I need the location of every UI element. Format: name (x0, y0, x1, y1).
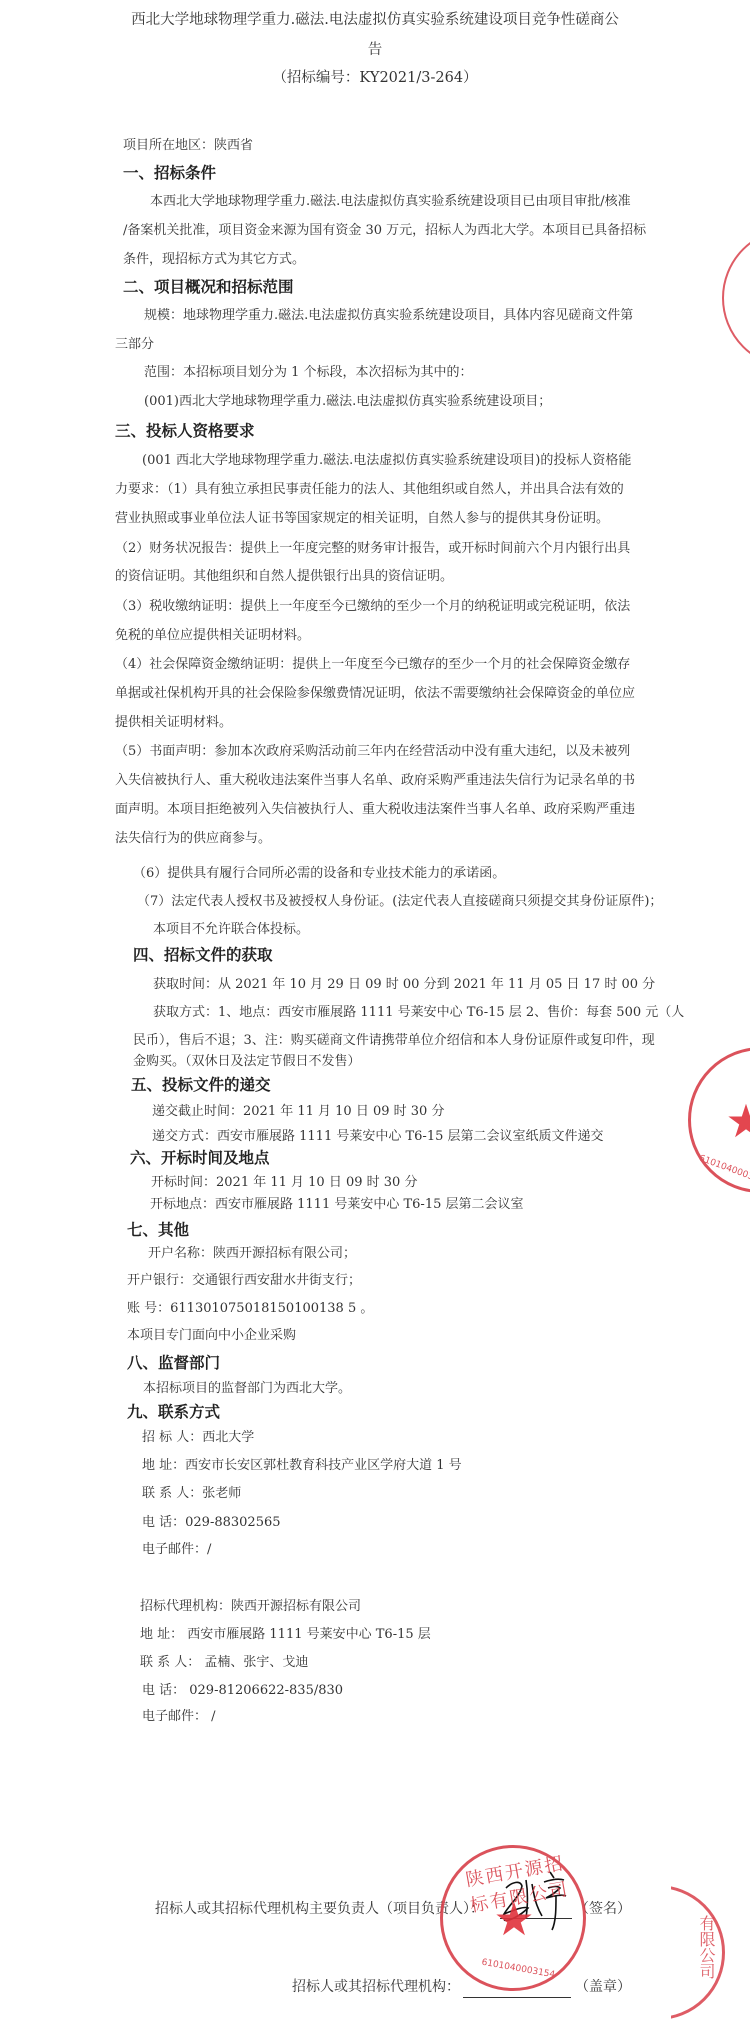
paragraph-line: 开户名称：陕西开源招标有限公司； (148, 1245, 356, 1263)
section-heading-2: 二、项目概况和招标范围 (123, 277, 294, 297)
project-region: 项目所在地区：陕西省 (123, 137, 253, 155)
paragraph-line: 的资信证明。其他组织和自然人提供银行出具的资信证明。 (115, 568, 453, 586)
paragraph-line: （4）社会保障资金缴纳证明：提供上一年度至今已缴存的至少一个月的社会保障资金缴存 (115, 656, 630, 674)
partial-company-stamp-middle: ★ 6101040003154 (688, 1047, 750, 1193)
paragraph-line: 递交方式：西安市雁展路 1111 号莱安中心 T6-15 层第二会议室纸质文件递… (152, 1128, 604, 1146)
paragraph-line: /备案机关批准，项目资金来源为国有资金 30 万元，招标人为西北大学。本项目已具… (123, 222, 646, 240)
seal-label: 招标人或其招标代理机构： (292, 1978, 460, 1996)
paragraph-line: (001 西北大学地球物理学重力.磁法.电法虚拟仿真实验系统建设项目)的投标人资… (142, 452, 631, 470)
paragraph-line: 民币），售后不退；3、注：购买磋商文件请携带单位介绍信和本人身份证原件或复印件，… (133, 1032, 655, 1050)
responsible-person-label: 招标人或其招标代理机构主要负责人（项目负责人）： (155, 1900, 484, 1918)
seal-suffix: （盖章） (575, 1978, 631, 1996)
paragraph-line: 免税的单位应提供相关证明材料。 (115, 627, 310, 645)
section-heading-4: 四、招标文件的获取 (133, 945, 273, 965)
paragraph-line: 条件，现招标方式为其它方式。 (123, 251, 305, 269)
paragraph-line: 开标地点：西安市雁展路 1111 号莱安中心 T6-15 层第二会议室 (150, 1196, 524, 1214)
paragraph-line: 开标时间：2021 年 11 月 10 日 09 时 30 分 (151, 1174, 417, 1192)
paragraph-line: 规模：地球物理学重力.磁法.电法虚拟仿真实验系统建设项目，具体内容见磋商文件第 (144, 307, 633, 325)
section-heading-6: 六、开标时间及地点 (130, 1148, 270, 1168)
paragraph-line: 面声明。本项目拒绝被列入失信被执行人、重大税收违法案件当事人名单、政府采购严重违 (115, 801, 635, 819)
contact-line: 地 址： 西安市雁展路 1111 号莱安中心 T6-15 层 (140, 1626, 431, 1644)
section-heading-3: 三、投标人资格要求 (115, 421, 255, 441)
tender-number: （招标编号：KY2021/3-264） (0, 68, 750, 88)
paragraph-line: 开户银行：交通银行西安甜水井街支行； (127, 1272, 361, 1290)
contact-line: 电子邮件：/ (142, 1541, 211, 1559)
paragraph-line: 单据或社保机构开具的社会保险参保缴费情况证明，依法不需要缴纳社会保障资金的单位应 (115, 685, 635, 703)
paragraph-line: 营业执照或事业单位法人证书等国家规定的相关证明，自然人参与的提供其身份证明。 (115, 510, 609, 528)
contact-line: 电 话：029-88302565 (142, 1514, 281, 1532)
contact-line: 联 系 人：张老师 (142, 1485, 241, 1503)
section-heading-1: 一、招标条件 (123, 163, 216, 183)
contact-line: 招标代理机构：陕西开源招标有限公司 (140, 1598, 361, 1616)
paragraph-line: （3）税收缴纳证明：提供上一年度至今已缴纳的至少一个月的纳税证明或完税证明，依法 (115, 598, 630, 616)
paragraph-line: （7）法定代表人授权书及被授权人身份证。(法定代表人直接磋商只须提交其身份证原件… (137, 893, 662, 911)
paragraph-line: (001)西北大学地球物理学重力.磁法.电法虚拟仿真实验系统建设项目； (144, 393, 551, 411)
paragraph-line: 力要求：（1）具有独立承担民事责任能力的法人、其他组织或自然人，并出具合法有效的 (115, 481, 624, 499)
paragraph-line: （5）书面声明：参加本次政府采购活动前三年内在经营活动中没有重大违纪，以及未被列 (115, 743, 630, 761)
section-heading-8: 八、监督部门 (127, 1353, 220, 1373)
paragraph-line: 账 号：611301075018150100138 5 。 (127, 1300, 373, 1318)
partial-company-stamp-top (722, 228, 750, 368)
paragraph-line: 本招标项目的监督部门为西北大学。 (143, 1380, 351, 1398)
paragraph-line: 获取时间：从 2021 年 10 月 29 日 09 时 00 分到 2021 … (153, 976, 655, 994)
paragraph-line: （2）财务状况报告：提供上一年度完整的财务审计报告，或开标时间前六个月内银行出具 (115, 540, 630, 558)
document-title-line1: 西北大学地球物理学重力.磁法.电法虚拟仿真实验系统建设项目竞争性磋商公 (0, 10, 750, 30)
paragraph-line: 三部分 (115, 336, 154, 354)
seal-number: 6101040003154 (481, 1958, 556, 1981)
paragraph-line: 本项目专门面向中小企业采购 (127, 1327, 296, 1345)
stamp-number: 6101040003154 (698, 1154, 750, 1189)
contact-line: 电 话： 029-81206622-835/830 (142, 1682, 343, 1700)
document-title-line2: 告 (0, 40, 750, 60)
contact-line: 招 标 人：西北大学 (142, 1429, 254, 1447)
partial-stamp-text: 有限公司 (695, 1915, 718, 1979)
contact-line: 地 址：西安市长安区郭杜教育科技产业区学府大道 1 号 (142, 1457, 462, 1475)
paragraph-line: 本西北大学地球物理学重力.磁法.电法虚拟仿真实验系统建设项目已由项目审批/核准 (150, 193, 631, 211)
section-heading-9: 九、联系方式 (127, 1402, 220, 1422)
paragraph-line: 本项目不允许联合体投标。 (153, 921, 309, 939)
paragraph-line: 入失信被执行人、重大税收违法案件当事人名单、政府采购严重违法失信行为记录名单的书 (115, 772, 635, 790)
paragraph-line: （6）提供具有履行合同所必需的设备和专业技术能力的承诺函。 (133, 865, 505, 883)
paragraph-line: 提供相关证明材料。 (115, 714, 232, 732)
contact-line: 电子邮件： / (142, 1708, 216, 1726)
section-heading-7: 七、其他 (127, 1220, 189, 1240)
company-seal: ★ 陕西开源招标有限公司 6101040003154 (440, 1845, 586, 1991)
star-icon: ★ (721, 1098, 750, 1144)
paragraph-line: 递交截止时间：2021 年 11 月 10 日 09 时 30 分 (152, 1103, 444, 1121)
paragraph-line: 获取方式：1、地点：西安市雁展路 1111 号莱安中心 T6-15 层 2、售价… (153, 1004, 684, 1022)
contact-line: 联 系 人： 孟楠、张宇、戈迪 (140, 1654, 308, 1672)
section-heading-5: 五、投标文件的递交 (131, 1075, 271, 1095)
paragraph-line: 法失信行为的供应商参与。 (115, 830, 271, 848)
seal-company-name: 陕西开源招标有限公司 (463, 1846, 586, 1917)
paragraph-line: 范围：本招标项目划分为 1 个标段，本次招标为其中的： (144, 364, 473, 382)
seal-underline (463, 1997, 571, 1998)
paragraph-line: 金购买。（双休日及法定节假日不发售） (133, 1053, 361, 1071)
